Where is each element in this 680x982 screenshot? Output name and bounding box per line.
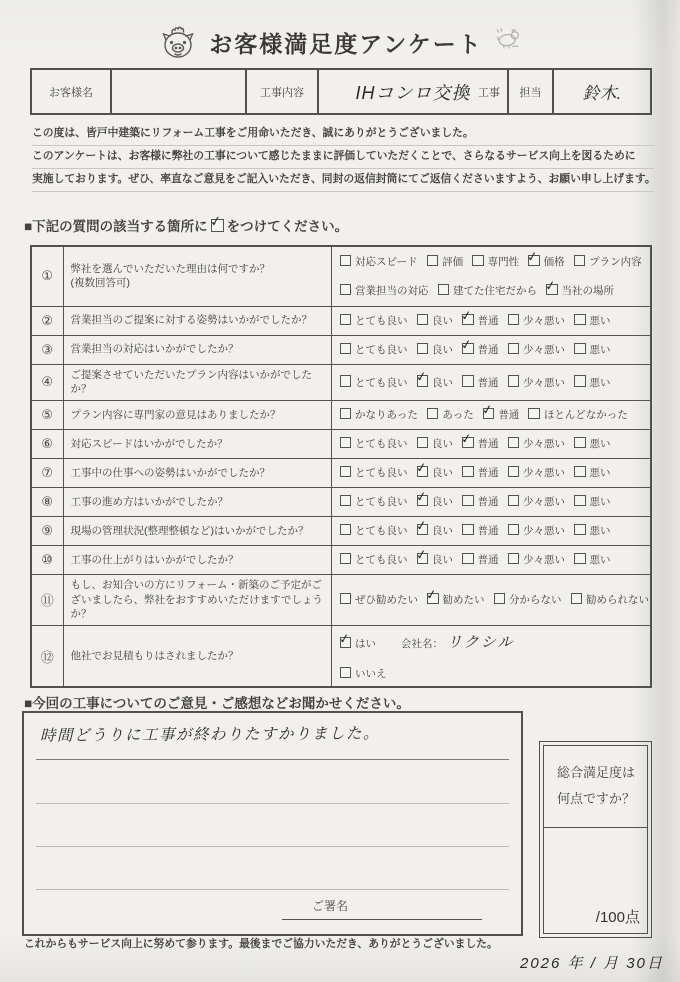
empty-box-icon	[417, 314, 429, 326]
question-text: 工事の進め方はいかがでしたか？	[63, 487, 331, 516]
empty-box-icon	[340, 667, 352, 679]
info-table: お客様名 工事内容 IHコンロ交換 工事 担当 鈴木.	[30, 68, 652, 115]
option-label: ほとんどなかった	[544, 409, 628, 421]
option: 良い	[417, 552, 454, 567]
option: いいえ	[340, 666, 387, 681]
option-label: 少々悪い	[523, 496, 565, 508]
option: 少々悪い	[508, 342, 566, 357]
option: はい	[340, 636, 377, 651]
question-number: ⑤	[31, 400, 63, 429]
score-box: 総合満足度は 何点ですか？ /100点	[539, 741, 652, 938]
empty-box-icon	[462, 524, 474, 536]
intro-line: この度は、皆戸中建築にリフォーム工事をご用命いただき、誠にありがとうございました…	[32, 123, 654, 146]
ruled-line	[36, 803, 509, 804]
option: 当社の場所	[546, 283, 614, 298]
question-row: ⑤プラン内容に専門家の意見はありましたか？かなりあったあった普通ほとんどなかった	[31, 400, 651, 429]
question-number: ①	[31, 246, 63, 306]
empty-box-icon	[427, 255, 439, 267]
staff-label: 担当	[508, 69, 553, 114]
option-label: ぜひ勧めたい	[355, 594, 418, 606]
question-number: ⑥	[31, 429, 63, 458]
empty-box-icon	[340, 343, 352, 355]
question-row: ⑫他社でお見積もりはされましたか？はい会社名：リクシルいいえ	[31, 625, 651, 687]
option-label: 対応スピード	[355, 256, 418, 268]
info-row: お客様名 工事内容 IHコンロ交換 工事 担当 鈴木.	[31, 69, 651, 114]
empty-box-icon	[427, 408, 439, 420]
option: 良い	[417, 465, 454, 480]
option: 営業担当の対応	[340, 283, 429, 298]
option: 良い	[417, 436, 454, 451]
option-label: とても良い	[355, 496, 408, 508]
question-subtext: (複数回答可)	[71, 276, 327, 291]
option: 良い	[417, 342, 454, 357]
option-line: とても良い良い普通少々悪い悪い	[340, 523, 647, 538]
empty-box-icon	[462, 553, 474, 565]
checked-box-icon	[462, 437, 474, 449]
option: 勧められない	[571, 592, 650, 607]
option-label: 少々悪い	[523, 315, 565, 327]
checked-box-icon	[462, 314, 474, 326]
option-label: とても良い	[355, 344, 408, 356]
empty-box-icon	[417, 343, 429, 355]
option-label: かなりあった	[355, 409, 418, 421]
option-label: 建てた住宅だから	[453, 285, 537, 297]
handwritten-comment: 時間どうりに工事が終わりたすかりました。	[40, 720, 511, 745]
option-label: とても良い	[355, 315, 408, 327]
option: 勧めたい	[427, 592, 485, 607]
option-label: 普通	[478, 554, 499, 566]
question-row: ⑥対応スピードはいかがでしたか？とても良い良い普通少々悪い悪い	[31, 429, 651, 458]
instruction-prefix: ■下記の質問の該当する箇所に	[24, 215, 208, 235]
option: 普通	[462, 342, 499, 357]
checked-box-icon	[528, 255, 540, 267]
handwritten-staff-name: 鈴木.	[583, 84, 622, 103]
option-label: とても良い	[355, 554, 408, 566]
option: 良い	[417, 375, 454, 390]
option: とても良い	[340, 375, 408, 390]
empty-box-icon	[340, 375, 352, 387]
empty-box-icon	[574, 466, 586, 478]
question-row: ⑨現場の管理状況(整理整頓など)はいかがでしたか？とても良い良い普通少々悪い悪い	[31, 516, 651, 545]
question-row: ③営業担当の対応はいかがでしたか？とても良い良い普通少々悪い悪い	[31, 335, 651, 364]
option-label: あった	[442, 409, 473, 421]
question-text: もし、お知合いの方にリフォーム・新築のご予定がございましたら、弊社をおすすめいた…	[63, 574, 331, 625]
checked-box-icon	[340, 637, 352, 649]
option: とても良い	[340, 552, 408, 567]
question-number: ④	[31, 364, 63, 400]
question-options: 対応スピード評価専門性価格プラン内容営業担当の対応建てた住宅だから当社の場所	[331, 246, 651, 306]
question-options: とても良い良い普通少々悪い悪い	[331, 335, 651, 364]
empty-box-icon	[462, 495, 474, 507]
option-label: 普通	[478, 344, 499, 356]
comments-heading: ■今回の工事についてのご意見・ご感想などお聞かせください。	[24, 692, 410, 712]
option-label: 良い	[432, 554, 453, 566]
questions-table: ①弊社を選んでいただいた理由は何ですか？(複数回答可)対応スピード評価専門性価格…	[30, 245, 652, 688]
option: 少々悪い	[508, 375, 566, 390]
empty-box-icon	[340, 255, 352, 267]
empty-box-icon	[340, 314, 352, 326]
question-number: ⑩	[31, 545, 63, 574]
ruled-line	[36, 889, 509, 890]
option-label: 悪い	[590, 525, 611, 537]
empty-box-icon	[508, 343, 520, 355]
ruled-line	[36, 759, 509, 760]
option-line: はい会社名：リクシル	[340, 631, 647, 652]
option: ぜひ勧めたい	[340, 592, 419, 607]
option: 対応スピード	[340, 254, 418, 269]
option: 普通	[462, 465, 499, 480]
option: 建てた住宅だから	[438, 283, 538, 298]
empty-box-icon	[340, 466, 352, 478]
option-label: 良い	[432, 438, 453, 450]
option-label: 良い	[432, 496, 453, 508]
question-number: ⑫	[31, 625, 63, 687]
closing-text: これからもサービス向上に努めて参ります。最後までご協力いただき、ありがとうござい…	[24, 936, 498, 951]
empty-box-icon	[438, 284, 450, 296]
empty-box-icon	[574, 524, 586, 536]
header: お客様満足度アンケート	[0, 24, 680, 60]
option-label: 良い	[432, 315, 453, 327]
option-label: とても良い	[355, 377, 408, 389]
empty-box-icon	[574, 343, 586, 355]
customer-name-label: お客様名	[31, 69, 111, 114]
question-number: ⑧	[31, 487, 63, 516]
option: 悪い	[574, 523, 611, 538]
question-options: かなりあったあった普通ほとんどなかった	[331, 400, 651, 429]
question-number: ⑨	[31, 516, 63, 545]
score-denominator-label: /100点	[596, 906, 640, 927]
option-label: 少々悪い	[523, 377, 565, 389]
question-row: ①弊社を選んでいただいた理由は何ですか？(複数回答可)対応スピード評価専門性価格…	[31, 246, 651, 306]
option-line: 対応スピード評価専門性価格プラン内容	[340, 254, 647, 269]
option-line: とても良い良い普通少々悪い悪い	[340, 552, 647, 567]
option: 普通	[483, 407, 520, 422]
option: 少々悪い	[508, 523, 566, 538]
score-title-line1: 総合満足度は	[557, 760, 647, 786]
option: 悪い	[574, 313, 611, 328]
checked-box-icon	[462, 343, 474, 355]
handwritten-date: 2026 年 / 月 30日	[520, 952, 664, 973]
pig-icon	[159, 24, 197, 60]
option: 良い	[417, 494, 454, 509]
question-row: ⑧工事の進め方はいかがでしたか？とても良い良い普通少々悪い悪い	[31, 487, 651, 516]
check-instruction: ■下記の質問の該当する箇所に をつけてください。	[24, 215, 348, 235]
handwritten-work-content: IHコンロ交換	[356, 83, 471, 103]
question-text: 工事の仕上がりはいかがでしたか？	[63, 545, 331, 574]
option: 悪い	[574, 494, 611, 509]
option-label: 良い	[432, 525, 453, 537]
option: 普通	[462, 313, 499, 328]
question-row: ⑩工事の仕上がりはいかがでしたか？とても良い良い普通少々悪い悪い	[31, 545, 651, 574]
question-number: ③	[31, 335, 63, 364]
option-label: いいえ	[355, 668, 387, 680]
checked-box-icon	[417, 375, 429, 387]
option-label: 普通	[478, 315, 499, 327]
option-label: 普通	[478, 525, 499, 537]
option: 評価	[427, 254, 464, 269]
empty-box-icon	[508, 524, 520, 536]
option-label: 価格	[544, 256, 565, 268]
question-number: ⑦	[31, 458, 63, 487]
option: 普通	[462, 436, 499, 451]
option: あった	[427, 407, 474, 422]
empty-box-icon	[340, 284, 352, 296]
empty-box-icon	[571, 593, 583, 605]
question-text: 弊社を選んでいただいた理由は何ですか？(複数回答可)	[63, 246, 331, 306]
option: 少々悪い	[508, 552, 566, 567]
checked-box-icon	[211, 219, 224, 232]
question-options: とても良い良い普通少々悪い悪い	[331, 306, 651, 335]
checked-box-icon	[427, 593, 439, 605]
intro-paragraph: この度は、皆戸中建築にリフォーム工事をご用命いただき、誠にありがとうございました…	[32, 123, 654, 192]
empty-box-icon	[340, 593, 352, 605]
option-label: 評価	[442, 256, 463, 268]
empty-box-icon	[574, 375, 586, 387]
empty-box-icon	[574, 495, 586, 507]
empty-box-icon	[528, 408, 540, 420]
option-label: 普通	[478, 467, 499, 479]
score-title-line2: 何点ですか？	[557, 786, 647, 812]
handwritten-company-name: リクシル	[447, 634, 514, 651]
option: 少々悪い	[508, 465, 566, 480]
empty-box-icon	[340, 524, 352, 536]
instruction-suffix: をつけてください。	[227, 215, 349, 235]
empty-box-icon	[574, 437, 586, 449]
option: プラン内容	[574, 254, 642, 269]
option-label: 当社の場所	[562, 285, 615, 297]
question-options: とても良い良い普通少々悪い悪い	[331, 364, 651, 400]
checked-box-icon	[483, 408, 495, 420]
question-row: ⑦工事中の仕事への姿勢はいかがでしたか？とても良い良い普通少々悪い悪い	[31, 458, 651, 487]
empty-box-icon	[508, 375, 520, 387]
option-label: 勧めたい	[443, 594, 485, 606]
option: 普通	[462, 552, 499, 567]
option: ほとんどなかった	[528, 407, 628, 422]
option-label: 普通	[478, 377, 499, 389]
option: 少々悪い	[508, 436, 566, 451]
question-options: とても良い良い普通少々悪い悪い	[331, 429, 651, 458]
question-text: ご提案させていただいたプラン内容はいかがでしたか？	[63, 364, 331, 400]
option-label: 普通	[478, 496, 499, 508]
question-options: はい会社名：リクシルいいえ	[331, 625, 651, 687]
option: 悪い	[574, 465, 611, 480]
work-content-label: 工事内容	[246, 69, 318, 114]
empty-box-icon	[508, 495, 520, 507]
question-options: ぜひ勧めたい勧めたい分からない勧められない	[331, 574, 651, 625]
signature-line	[282, 919, 482, 920]
question-text: プラン内容に専門家の意見はありましたか？	[63, 400, 331, 429]
option-label: 勧められない	[586, 594, 649, 606]
option-label: 悪い	[590, 315, 611, 327]
option-label: 普通	[478, 438, 499, 450]
question-number: ②	[31, 306, 63, 335]
empty-box-icon	[340, 437, 352, 449]
question-text: 営業担当のご提案に対する姿勢はいかがでしたか？	[63, 306, 331, 335]
option: 悪い	[574, 436, 611, 451]
empty-box-icon	[574, 255, 586, 267]
work-content-field: IHコンロ交換 工事	[318, 69, 508, 114]
option-line: いいえ	[340, 666, 647, 681]
question-options: とても良い良い普通少々悪い悪い	[331, 487, 651, 516]
option-label: はい	[355, 638, 376, 650]
empty-box-icon	[462, 466, 474, 478]
empty-box-icon	[508, 553, 520, 565]
question-row: ④ご提案させていただいたプラン内容はいかがでしたか？とても良い良い普通少々悪い悪…	[31, 364, 651, 400]
option-label: 良い	[432, 377, 453, 389]
option-line: とても良い良い普通少々悪い悪い	[340, 342, 647, 357]
empty-box-icon	[472, 255, 484, 267]
empty-box-icon	[574, 314, 586, 326]
intro-line: このアンケートは、お客様に弊社の工事について感じたままに評価していただくことで、…	[32, 146, 654, 169]
empty-box-icon	[462, 375, 474, 387]
option-label: 営業担当の対応	[355, 285, 429, 297]
score-box-title: 総合満足度は 何点ですか？	[544, 746, 647, 812]
option: 悪い	[574, 342, 611, 357]
option: 普通	[462, 494, 499, 509]
comment-box: 時間どうりに工事が終わりたすかりました。 ご署名	[22, 711, 523, 936]
option-label: 少々悪い	[523, 438, 565, 450]
option-line: とても良い良い普通少々悪い悪い	[340, 313, 647, 328]
option: 良い	[417, 313, 454, 328]
option: とても良い	[340, 465, 408, 480]
option-label: とても良い	[355, 525, 408, 537]
option-line: とても良い良い普通少々悪い悪い	[340, 494, 647, 509]
question-text: 営業担当の対応はいかがでしたか？	[63, 335, 331, 364]
option: 少々悪い	[508, 313, 566, 328]
option-label: 少々悪い	[523, 554, 565, 566]
question-row: ②営業担当のご提案に対する姿勢はいかがでしたか？とても良い良い普通少々悪い悪い	[31, 306, 651, 335]
signature-label: ご署名	[312, 897, 348, 914]
option-label: とても良い	[355, 438, 408, 450]
option: とても良い	[340, 494, 408, 509]
question-options: とても良い良い普通少々悪い悪い	[331, 516, 651, 545]
option: 普通	[462, 375, 499, 390]
question-text: 対応スピードはいかがでしたか？	[63, 429, 331, 458]
empty-box-icon	[340, 408, 352, 420]
option-label: 分からない	[509, 594, 562, 606]
option: とても良い	[340, 342, 408, 357]
ruled-line	[36, 846, 509, 847]
intro-line: 実施しております。ぜひ、率直なご意見をご記入いただき、同封の返信封筒にてご返信く…	[32, 169, 654, 192]
option: 価格	[528, 254, 565, 269]
option-label: 専門性	[488, 256, 520, 268]
option-label: 少々悪い	[523, 467, 565, 479]
checked-box-icon	[546, 284, 558, 296]
score-box-inner: 総合満足度は 何点ですか？ /100点	[543, 745, 648, 934]
option-label: 良い	[432, 467, 453, 479]
option-line: とても良い良い普通少々悪い悪い	[340, 436, 647, 451]
option: 悪い	[574, 375, 611, 390]
company-name-label: 会社名：	[401, 638, 443, 650]
empty-box-icon	[508, 314, 520, 326]
page-title: お客様満足度アンケート	[209, 26, 483, 59]
option-label: とても良い	[355, 467, 408, 479]
empty-box-icon	[340, 553, 352, 565]
checked-box-icon	[417, 553, 429, 565]
option-label: 悪い	[590, 344, 611, 356]
empty-box-icon	[508, 466, 520, 478]
checked-box-icon	[417, 524, 429, 536]
empty-box-icon	[574, 553, 586, 565]
empty-box-icon	[494, 593, 506, 605]
option-label: 悪い	[590, 438, 611, 450]
option: 良い	[417, 523, 454, 538]
option-label: 悪い	[590, 496, 611, 508]
question-text: 工事中の仕事への姿勢はいかがでしたか？	[63, 458, 331, 487]
option-line: ぜひ勧めたい勧めたい分からない勧められない	[340, 592, 647, 607]
option: 少々悪い	[508, 494, 566, 509]
option-line: とても良い良い普通少々悪い悪い	[340, 465, 647, 480]
option: 悪い	[574, 552, 611, 567]
option-line: かなりあったあった普通ほとんどなかった	[340, 407, 647, 422]
empty-box-icon	[340, 495, 352, 507]
question-text: 現場の管理状況(整理整頓など)はいかがでしたか？	[63, 516, 331, 545]
question-options: とても良い良い普通少々悪い悪い	[331, 545, 651, 574]
work-unit-label: 工事	[478, 84, 500, 100]
option-line: 営業担当の対応建てた住宅だから当社の場所	[340, 283, 647, 298]
option: とても良い	[340, 436, 408, 451]
question-options: とても良い良い普通少々悪い悪い	[331, 458, 651, 487]
option: 普通	[462, 523, 499, 538]
option-label: 少々悪い	[523, 344, 565, 356]
option-label: 悪い	[590, 467, 611, 479]
checked-box-icon	[417, 495, 429, 507]
option: とても良い	[340, 523, 408, 538]
option-line: とても良い良い普通少々悪い悪い	[340, 375, 647, 390]
option: 専門性	[472, 254, 519, 269]
option-label: 普通	[498, 409, 519, 421]
option-label: 少々悪い	[523, 525, 565, 537]
empty-box-icon	[508, 437, 520, 449]
option: とても良い	[340, 313, 408, 328]
option-label: 良い	[432, 344, 453, 356]
question-text: 他社でお見積もりはされましたか？	[63, 625, 331, 687]
option-label: 悪い	[590, 554, 611, 566]
option-label: 悪い	[590, 377, 611, 389]
option: 分からない	[494, 592, 562, 607]
pig-doodle-stamp-icon	[494, 25, 522, 52]
staff-field: 鈴木.	[553, 69, 651, 114]
option-label: プラン内容	[589, 256, 642, 268]
empty-box-icon	[417, 437, 429, 449]
question-number: ⑪	[31, 574, 63, 625]
questions-body: ①弊社を選んでいただいた理由は何ですか？(複数回答可)対応スピード評価専門性価格…	[31, 246, 651, 687]
option: かなりあった	[340, 407, 418, 422]
survey-scan-page: お客様満足度アンケート お客様名 工事内容 IHコンロ交換 工事 担当	[0, 0, 680, 982]
score-box-divider	[544, 827, 647, 828]
customer-name-field	[111, 69, 246, 114]
checked-box-icon	[417, 466, 429, 478]
question-row: ⑪もし、お知合いの方にリフォーム・新築のご予定がございましたら、弊社をおすすめい…	[31, 574, 651, 625]
